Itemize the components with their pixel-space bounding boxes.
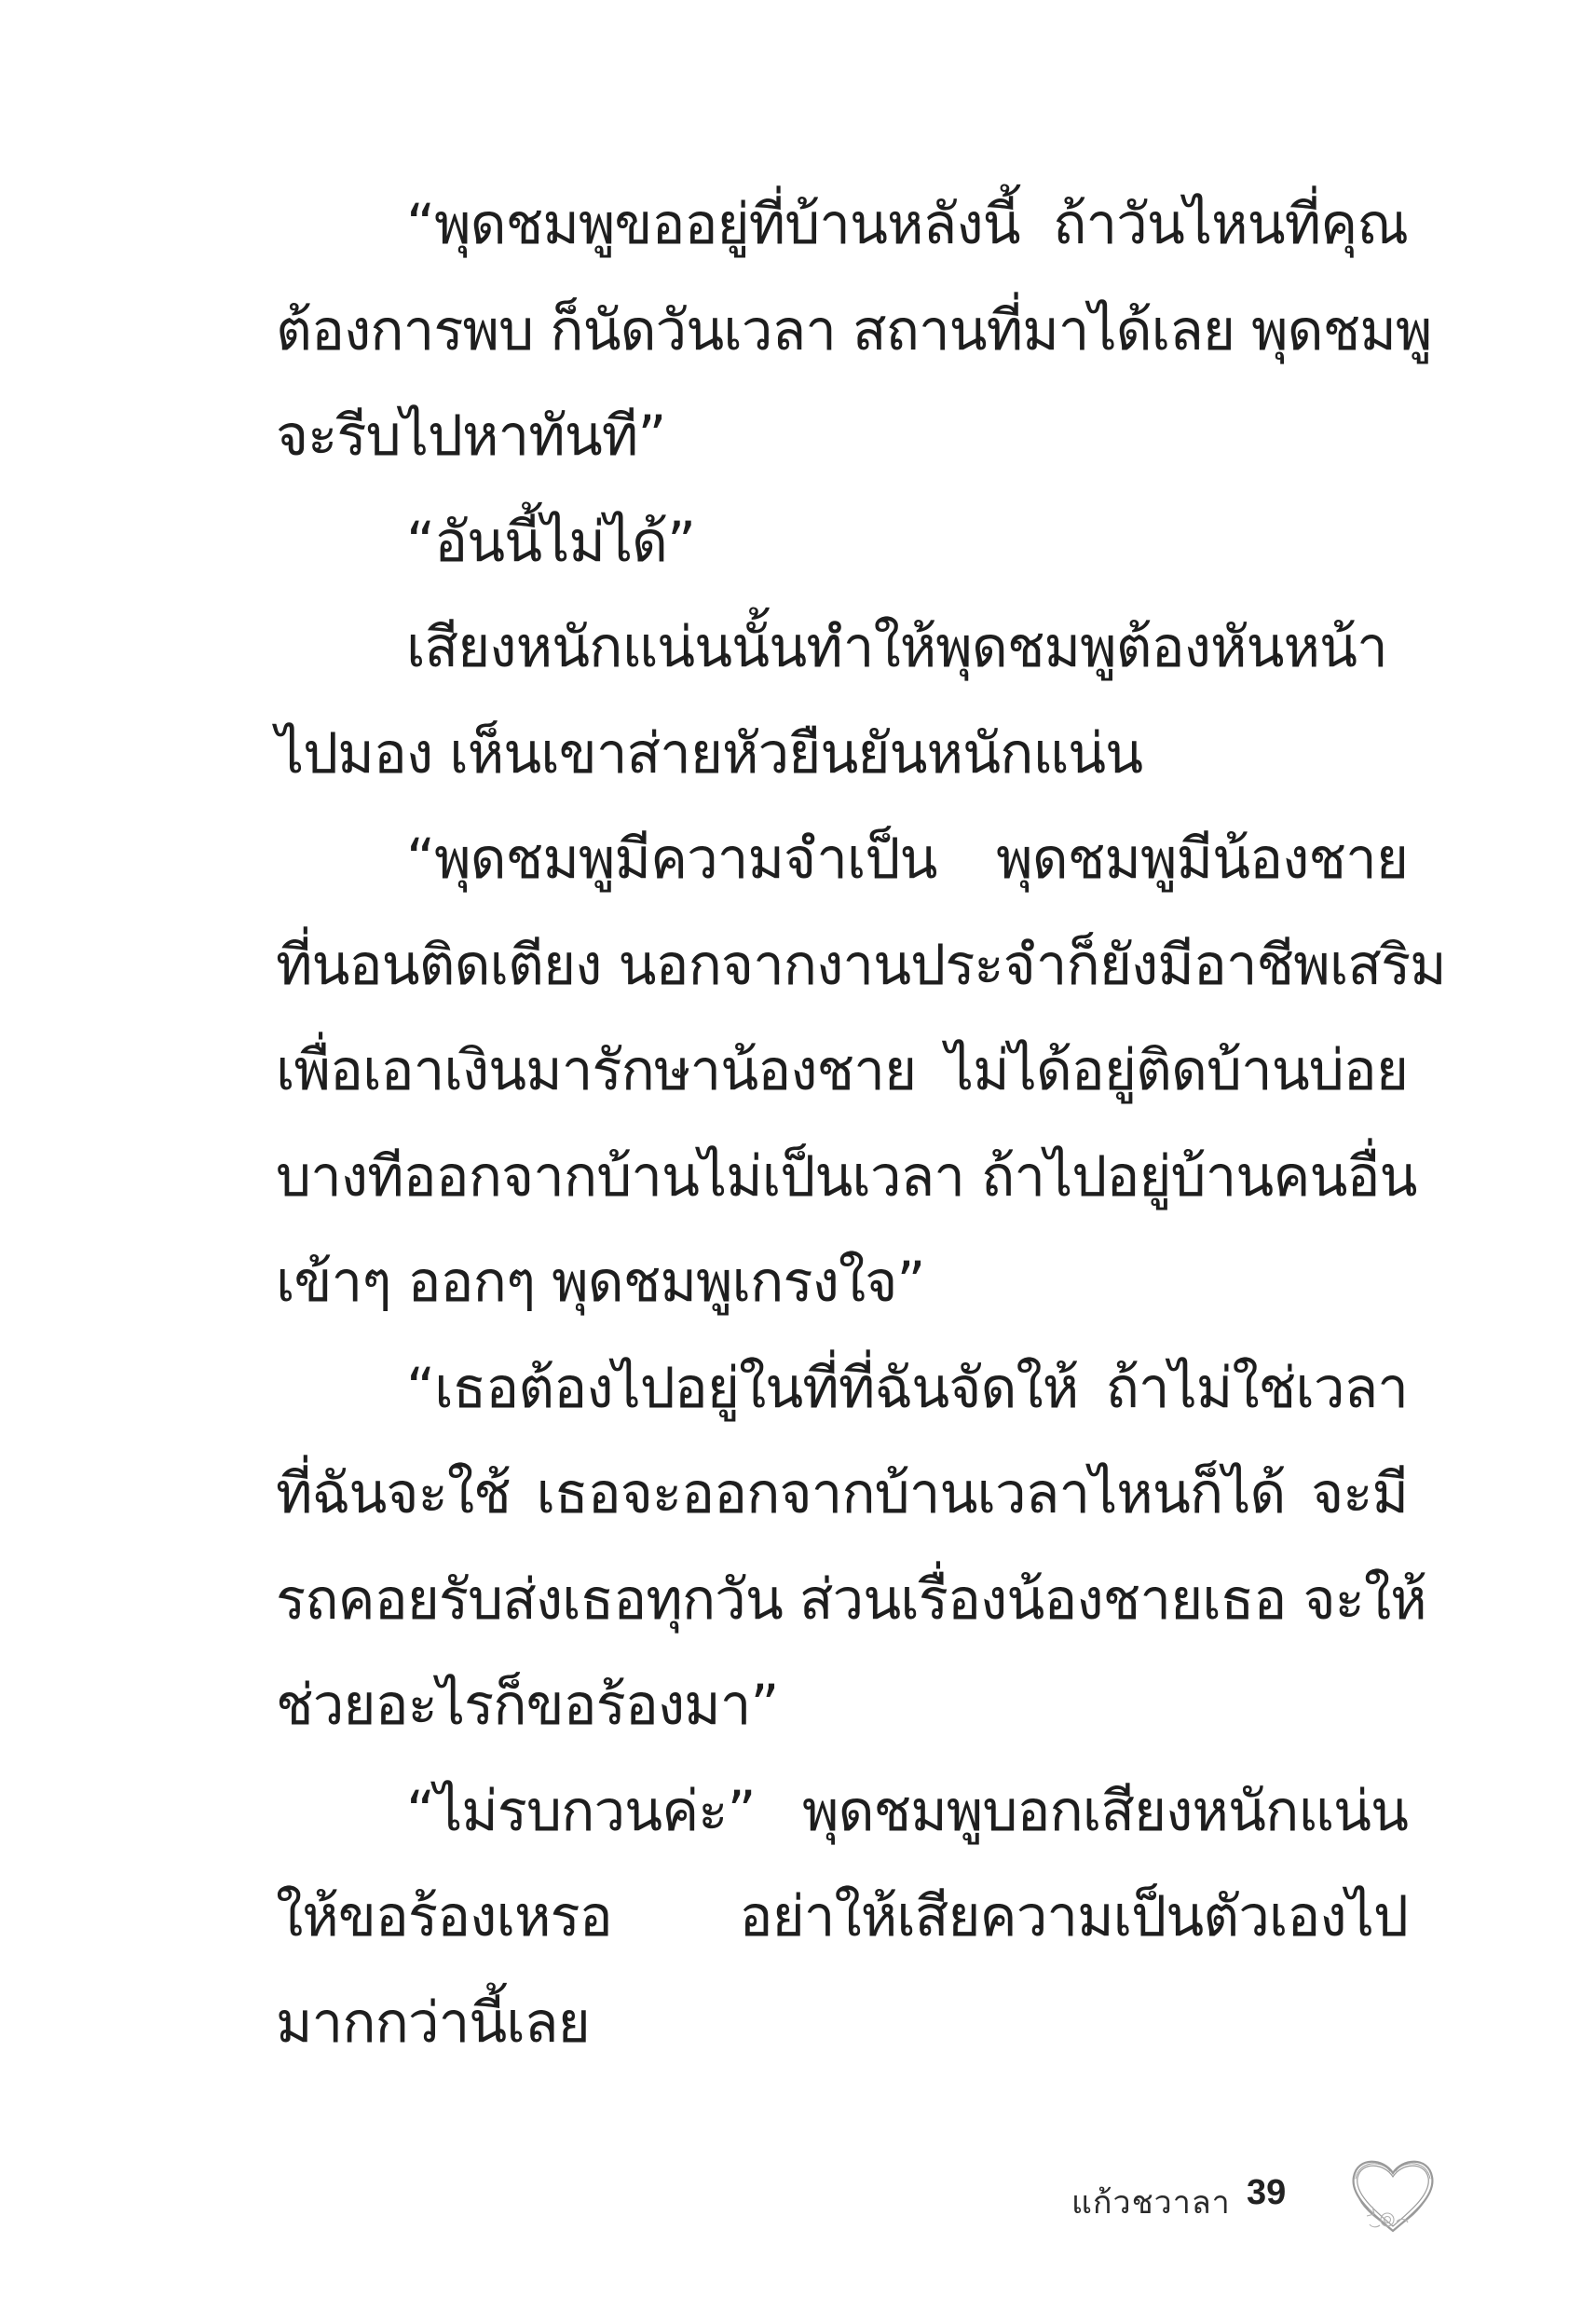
- page-footer: แก้วชวาลา 39: [1071, 2153, 1444, 2236]
- text-line: เสียงหนักแน่นนั้นทำให้พุดชมพูต้องหันหน้า: [276, 595, 1408, 702]
- text-line: มากกว่านี้เลย: [276, 1971, 1408, 2077]
- text-line: จะรีบไปหาทันที”: [276, 384, 1408, 490]
- text-line: “ไม่รบกวนค่ะ” พุดชมพูบอกเสียงหนักแน่น: [276, 1759, 1408, 1866]
- text-line: บางทีออกจากบ้านไม่เป็นเวลา ถ้าไปอยู่บ้าน…: [276, 1125, 1408, 1231]
- text-line: “อันนี้ไม่ได้”: [276, 490, 1408, 596]
- text-line: เพื่อเอาเงินมารักษาน้องชาย ไม่ได้อยู่ติด…: [276, 1019, 1408, 1125]
- running-title: แก้วชวาลา: [1071, 2177, 1231, 2227]
- text-line: ไปมอง เห็นเขาส่ายหัวยืนยันหนักแน่น: [276, 702, 1408, 808]
- text-line: “พุดชมพูมีความจำเป็น พุดชมพูมีน้องชาย: [276, 807, 1408, 913]
- text-line: ต้องการพบ ก็นัดวันเวลา สถานที่มาได้เลย พ…: [276, 279, 1408, 385]
- text-line: รถคอยรับส่งเธอทุกวัน ส่วนเรื่องน้องชายเธ…: [276, 1548, 1408, 1654]
- body-text: “พุดชมพูขออยู่ที่บ้านหลังนี้ ถ้าวันไหนที…: [276, 172, 1408, 2076]
- heart-wreath-icon: [1346, 2153, 1439, 2238]
- text-line: ให้ขอร้องเหรอ อย่าให้เสียความเป็นตัวเองไ…: [276, 1865, 1408, 1971]
- text-line: “พุดชมพูขออยู่ที่บ้านหลังนี้ ถ้าวันไหนที…: [276, 172, 1408, 279]
- text-line: ช่วยอะไรก็ขอร้องมา”: [276, 1653, 1408, 1759]
- book-page: “พุดชมพูขออยู่ที่บ้านหลังนี้ ถ้าวันไหนที…: [0, 0, 1596, 2311]
- page-number: 39: [1247, 2173, 1286, 2213]
- text-line: “เธอต้องไปอยู่ในที่ที่ฉันจัดให้ ถ้าไม่ใช…: [276, 1336, 1408, 1443]
- text-line: เข้าๆ ออกๆ พุดชมพูเกรงใจ”: [276, 1230, 1408, 1336]
- text-line: ที่ฉันจะใช้ เธอจะออกจากบ้านเวลาไหนก็ได้ …: [276, 1442, 1408, 1548]
- text-line: ที่นอนติดเตียง นอกจากงานประจำก็ยังมีอาชี…: [276, 913, 1408, 1019]
